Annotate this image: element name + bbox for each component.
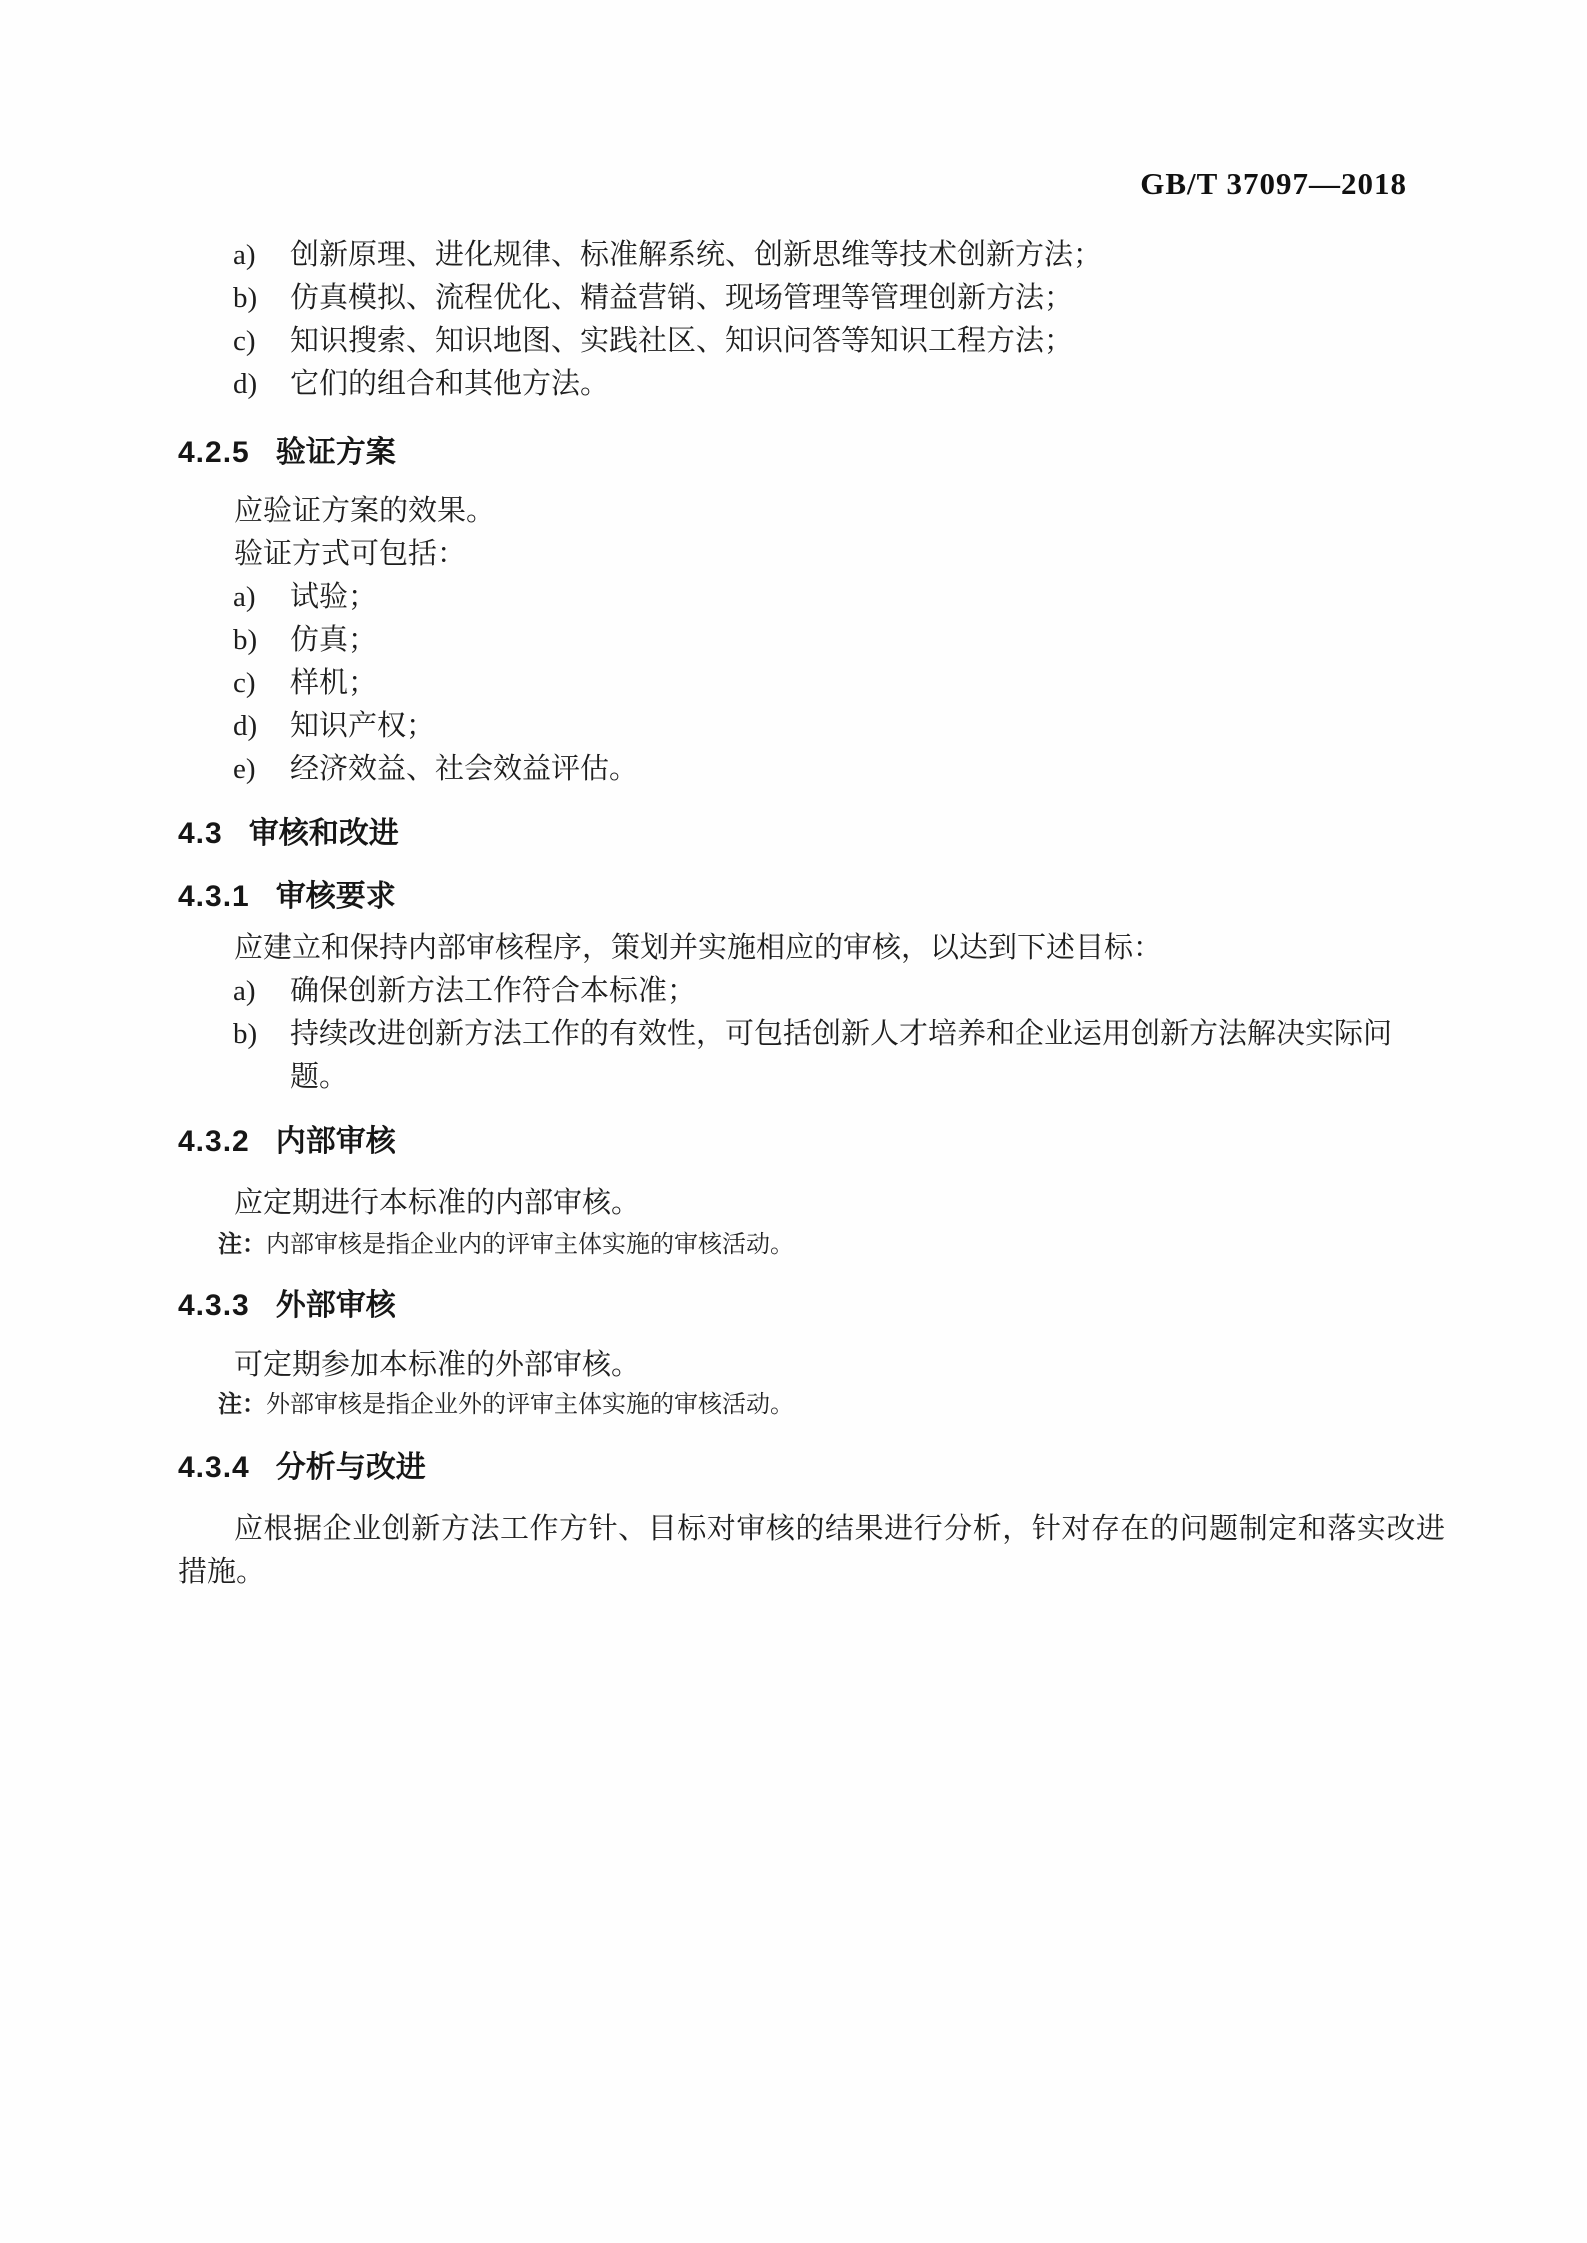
list-item: e) 经济效益、社会效益评估。 [178,748,1445,791]
section-heading-4-3: 4.3审核和改进 [178,811,1445,856]
audit-goal-list: a) 确保创新方法工作符合本标准； b) 持续改进创新方法工作的有效性，可包括创… [178,970,1445,1099]
list-item-text: 知识搜索、知识地图、实践社区、知识问答等知识工程方法； [290,325,1073,357]
section-heading-4-2-5: 4.2.5验证方案 [178,430,1445,475]
list-item-text: 仿真模拟、流程优化、精益营销、现场管理等管理创新方法； [290,282,1073,314]
list-item-label: b) [233,1013,257,1056]
list-item-label: c) [233,662,256,705]
running-header: GB/T 37097—2018 [0,166,1407,202]
section-number: 4.3.2 [178,1119,250,1164]
section-title: 内部审核 [276,1125,396,1158]
paragraph: 应验证方案的效果。 [178,490,1445,533]
list-item-label: d) [233,705,257,748]
section-heading-4-3-1: 4.3.1审核要求 [178,874,1445,919]
list-item-text: 样机； [290,667,377,699]
section-number: 4.3.1 [178,874,250,919]
section-title: 验证方案 [276,436,396,469]
paragraph: 验证方式可包括： [178,533,1445,576]
list-item: b) 仿真模拟、流程优化、精益营销、现场管理等管理创新方法； [178,277,1445,320]
note-label: 注： [218,1231,266,1258]
section-heading-4-3-4: 4.3.4分析与改进 [178,1445,1445,1490]
note-text: 内部审核是指企业内的评审主体实施的审核活动。 [266,1232,794,1258]
list-item-label: a) [233,970,256,1013]
note-text: 外部审核是指企业外的评审主体实施的审核活动。 [266,1392,794,1418]
document-content: a) 创新原理、进化规律、标准解系统、创新思维等技术创新方法； b) 仿真模拟、… [178,234,1445,1594]
section-number: 4.3.4 [178,1445,250,1490]
list-item: d) 它们的组合和其他方法。 [178,363,1445,406]
section-title: 审核和改进 [249,817,399,850]
note: 注：外部审核是指企业外的评审主体实施的审核活动。 [178,1387,1445,1423]
section-heading-4-3-2: 4.3.2内部审核 [178,1119,1445,1164]
note-label: 注： [218,1391,266,1418]
paragraph: 可定期参加本标准的外部审核。 [178,1344,1445,1387]
section-number: 4.3.3 [178,1283,250,1328]
list-item-label: d) [233,363,257,406]
list-item-label: a) [233,234,256,277]
verification-method-list: a) 试验； b) 仿真； c) 样机； d) 知识产权； e) 经济效益、社会… [178,576,1445,791]
section-number: 4.2.5 [178,430,250,475]
document-page: GB/T 37097—2018 a) 创新原理、进化规律、标准解系统、创新思维等… [0,0,1587,2243]
list-item-text: 确保创新方法工作符合本标准； [290,975,696,1007]
section-title: 审核要求 [276,880,396,913]
list-item-label: b) [233,619,257,662]
list-item: a) 确保创新方法工作符合本标准； [178,970,1445,1013]
list-item: c) 样机； [178,662,1445,705]
list-item: a) 创新原理、进化规律、标准解系统、创新思维等技术创新方法； [178,234,1445,277]
list-item: b) 仿真； [178,619,1445,662]
paragraph: 应定期进行本标准的内部审核。 [178,1182,1445,1225]
section-number: 4.3 [178,811,223,856]
section-title: 外部审核 [276,1289,396,1322]
section-title: 分析与改进 [276,1451,426,1484]
paragraph: 应根据企业创新方法工作方针、目标对审核的结果进行分析，针对存在的问题制定和落实改… [178,1508,1445,1594]
list-item-text: 创新原理、进化规律、标准解系统、创新思维等技术创新方法； [290,239,1102,271]
innovation-method-list: a) 创新原理、进化规律、标准解系统、创新思维等技术创新方法； b) 仿真模拟、… [178,234,1445,406]
section-heading-4-3-3: 4.3.3外部审核 [178,1283,1445,1328]
list-item-label: a) [233,576,256,619]
list-item-text: 知识产权； [290,710,435,742]
note: 注：内部审核是指企业内的评审主体实施的审核活动。 [178,1227,1445,1263]
standard-number: GB/T 37097—2018 [1140,166,1407,201]
paragraph: 应建立和保持内部审核程序，策划并实施相应的审核，以达到下述目标： [178,927,1445,970]
list-item-label: e) [233,748,256,791]
list-item-text: 仿真； [290,624,377,656]
list-item-label: c) [233,320,256,363]
list-item: a) 试验； [178,576,1445,619]
list-item: d) 知识产权； [178,705,1445,748]
list-item-text: 它们的组合和其他方法。 [290,368,609,400]
list-item-text: 经济效益、社会效益评估。 [290,753,638,785]
list-item-label: b) [233,277,257,320]
list-item: b) 持续改进创新方法工作的有效性，可包括创新人才培养和企业运用创新方法解决实际… [178,1013,1445,1099]
list-item: c) 知识搜索、知识地图、实践社区、知识问答等知识工程方法； [178,320,1445,363]
list-item-text: 持续改进创新方法工作的有效性，可包括创新人才培养和企业运用创新方法解决实际问题。 [290,1018,1392,1093]
list-item-text: 试验； [290,581,377,613]
